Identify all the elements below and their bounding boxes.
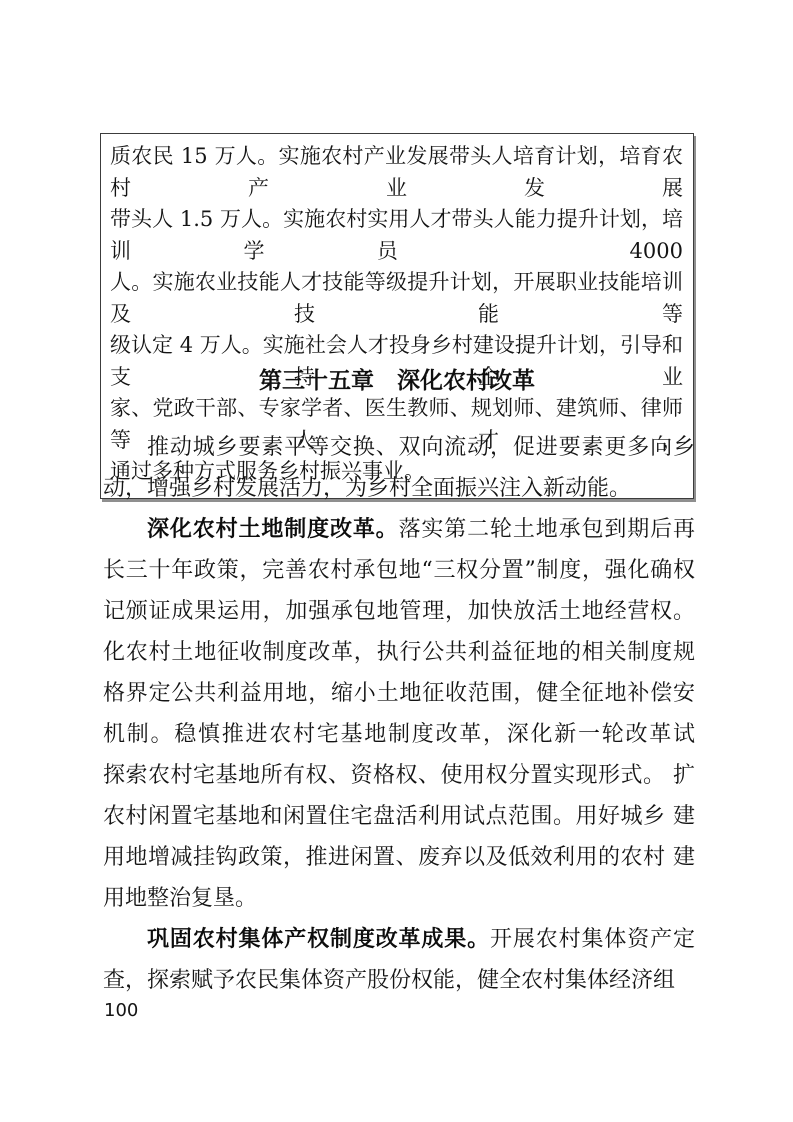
paragraph: 巩固农村集体产权制度改革成果。开展农村集体资产定期 清 查，探索赋予农民集体资产… xyxy=(103,919,695,1001)
text-line: 格界定公共利益用地，缩小土地征收范围，健全征地补偿安 置 xyxy=(103,673,695,714)
document-page: 质农民 15 万人。实施农村产业发展带头人培育计划，培育农村产业发展 带头人 1… xyxy=(0,0,793,1122)
text-line: 查，探索赋予农民集体资产股份权能，健全农村集体经济组 xyxy=(103,960,695,1001)
text-line: 用地整治复垦。 xyxy=(103,878,695,919)
paragraph-lead-bold: 深化农村土地制度改革。 xyxy=(147,517,399,542)
paragraph-lead-bold: 巩固农村集体产权制度改革成果。 xyxy=(147,927,490,952)
text-line: 动，增强乡村发展活力，为乡村全面振兴注入新动能。 xyxy=(103,468,695,509)
page-number: 100 xyxy=(104,999,138,1023)
box-text-line: 人。实施农业技能人才技能等级提升计划，开展职业技能培训及技能等 xyxy=(110,267,683,330)
text-line: 巩固农村集体产权制度改革成果。开展农村集体资产定期 清 xyxy=(103,919,695,960)
text-line: 深化农村土地制度改革。落实第二轮土地承包到期后再延 xyxy=(103,509,695,550)
text-line: 化农村土地征收制度改革，执行公共利益征地的相关制度规定， 严 xyxy=(103,632,695,673)
body-text: 推动城乡要素平等交换、双向流动，促进要素更多向乡村 流 动，增强乡村发展活力，为… xyxy=(103,427,695,1001)
text-line: 机制。稳慎推进农村宅基地制度改革，深化新一轮改革试点， 积极 xyxy=(103,714,695,755)
paragraph: 推动城乡要素平等交换、双向流动，促进要素更多向乡村 流 动，增强乡村发展活力，为… xyxy=(103,427,695,509)
text-line: 推动城乡要素平等交换、双向流动，促进要素更多向乡村 流 xyxy=(103,427,695,468)
box-text-line: 质农民 15 万人。实施农村产业发展带头人培育计划，培育农村产业发展 xyxy=(110,141,683,204)
chapter-heading: 第三十五章 深化农村改革 xyxy=(100,364,694,398)
text-line: 用地增减挂钩政策，推进闲置、废弃以及低效利用的农村 建设 xyxy=(103,837,695,878)
text-line: 探索农村宅基地所有权、资格权、使用权分置实现形式。 扩大 xyxy=(103,755,695,796)
box-text-line: 带头人 1.5 万人。实施农村实用人才带头人能力提升计划，培训学员 4000 xyxy=(110,204,683,267)
paragraph: 深化农村土地制度改革。落实第二轮土地承包到期后再延 长三十年政策，完善农村承包地… xyxy=(103,509,695,919)
text-line: 农村闲置宅基地和闲置住宅盘活利用试点范围。用好城乡 建设 xyxy=(103,796,695,837)
text-line: 记颁证成果运用，加强承包地管理，加快放活土地经营权。深 xyxy=(103,591,695,632)
text-line: 长三十年政策，完善农村承包地“三权分置”制度，强化确权登 xyxy=(103,550,695,591)
